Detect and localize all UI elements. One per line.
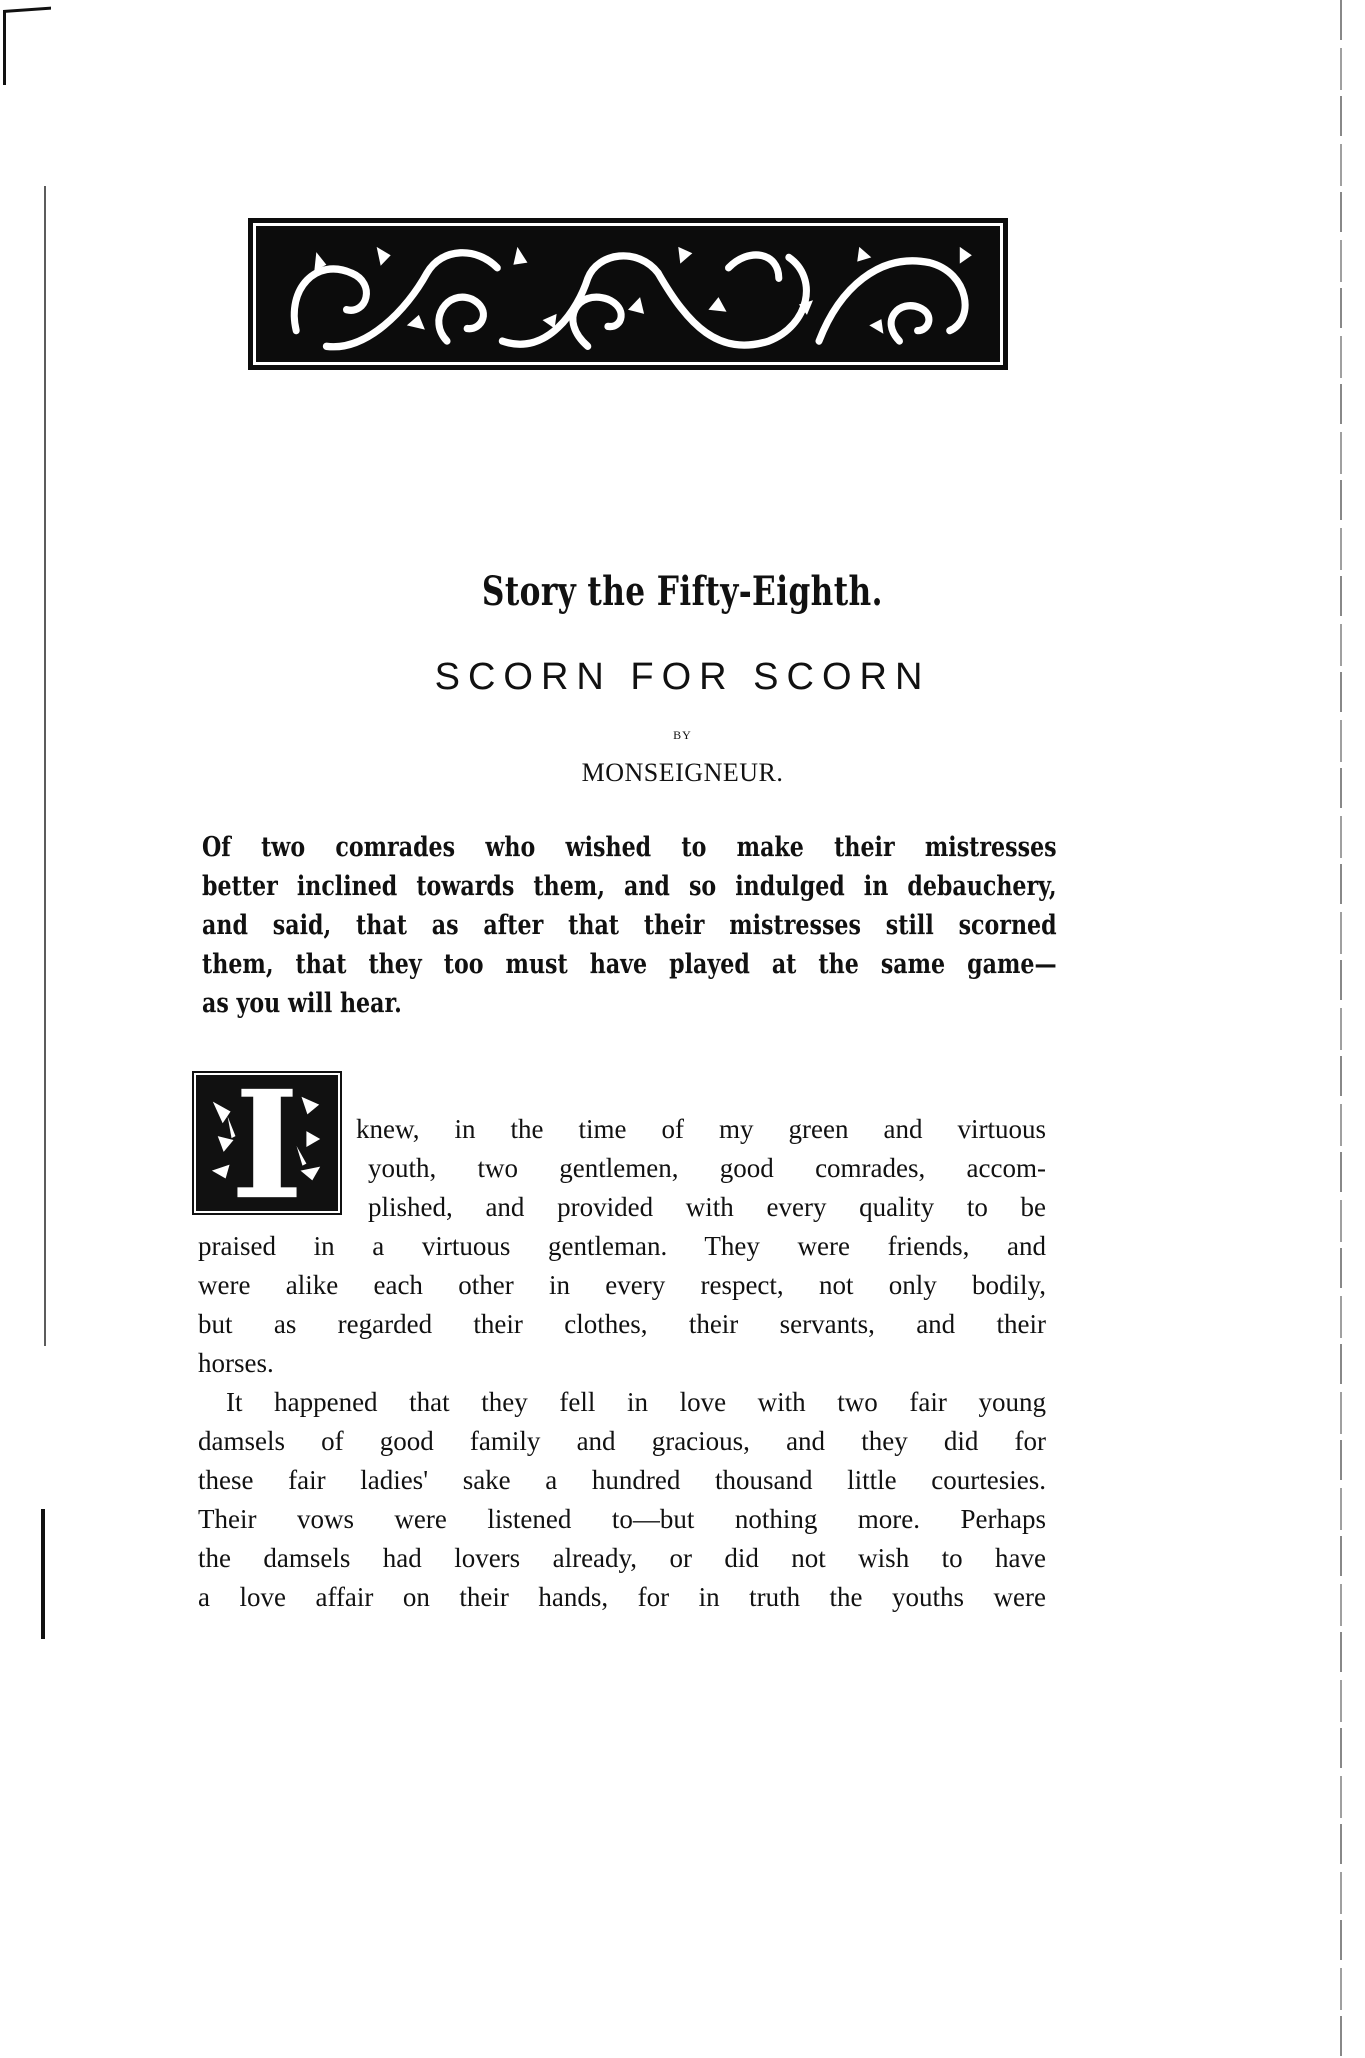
ornamental-headpiece <box>248 218 1008 370</box>
text-line: were alike each other in every respect, … <box>198 1266 1046 1305</box>
drop-cap <box>196 1075 338 1211</box>
floral-scroll-icon <box>256 226 1000 362</box>
scan-edge-artifact <box>3 10 6 85</box>
summary-line: them, that they too must have played at … <box>202 945 1057 984</box>
text-line: youth, two gentlemen, good comrades, acc… <box>356 1149 1046 1188</box>
story-title: SCORN FOR SCORN <box>0 656 1365 699</box>
paragraph-1-continued: praised in a virtuous gentleman. They we… <box>198 1227 1046 1383</box>
story-summary: Of two comrades who wished to make their… <box>202 828 1057 1023</box>
summary-line: Of two comrades who wished to make their… <box>202 828 1057 867</box>
decorated-initial-i-icon <box>198 1077 336 1209</box>
summary-line: as you will hear. <box>202 984 1057 1023</box>
story-number-heading: Story the Fifty-Eighth. <box>150 568 1215 615</box>
summary-line: better inclined towards them, and so ind… <box>202 867 1057 906</box>
text-line: knew, in the time of my green and virtuo… <box>356 1110 1046 1149</box>
author-name: MONSEIGNEUR. <box>0 758 1365 788</box>
scan-edge-artifact <box>1340 0 1342 2058</box>
text-line: these fair ladies' sake a hundred thousa… <box>198 1461 1046 1500</box>
paragraph-1-opening: knew, in the time of my green and virtuo… <box>356 1110 1046 1227</box>
text-line: the damsels had lovers already, or did n… <box>198 1539 1046 1578</box>
text-line: Their vows were listened to—but nothing … <box>198 1500 1046 1539</box>
text-line: a love affair on their hands, for in tru… <box>198 1578 1046 1617</box>
text-line: damsels of good family and gracious, and… <box>198 1422 1046 1461</box>
text-line: It happened that they fell in love with … <box>198 1383 1046 1422</box>
text-line: plished, and provided with every quality… <box>356 1188 1046 1227</box>
paragraph-2: It happened that they fell in love with … <box>198 1383 1046 1617</box>
summary-line: and said, that as after that their mistr… <box>202 906 1057 945</box>
text-line: but as regarded their clothes, their ser… <box>198 1305 1046 1344</box>
byline-label: BY <box>0 728 1365 743</box>
scan-edge-artifact <box>41 1509 45 1639</box>
text-line: horses. <box>198 1344 1046 1383</box>
text-line: praised in a virtuous gentleman. They we… <box>198 1227 1046 1266</box>
